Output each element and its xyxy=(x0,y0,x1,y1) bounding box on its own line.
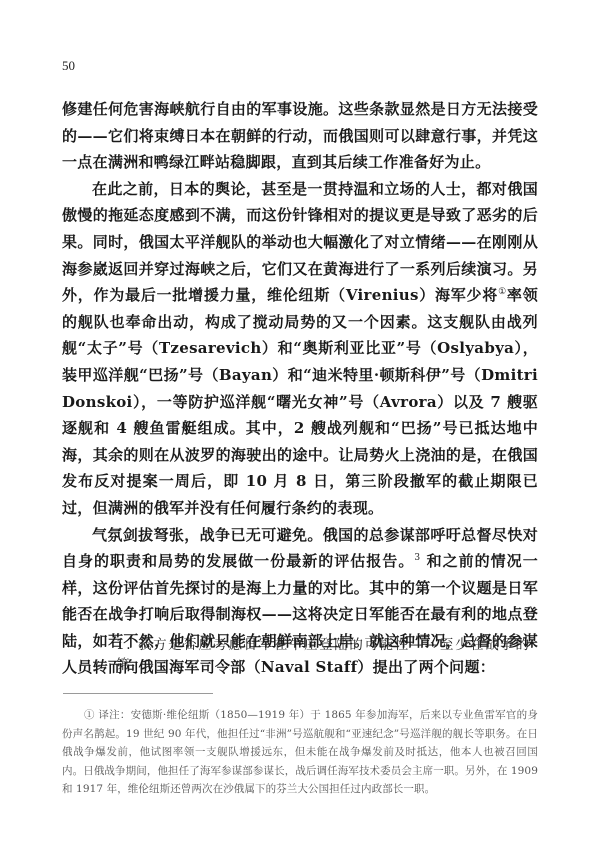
paragraph-1: 修建任何危害海峡航行自由的军事设施。这些条款显然是日方无法接受的——它们将束缚日… xyxy=(62,96,538,176)
footnote-reference[interactable]: ① xyxy=(498,287,507,297)
footnote-text: 译注：安德斯·维伦纽斯（1850—1919 年）于 1865 年参加海军，后来以… xyxy=(62,709,538,795)
paragraph-2-text-a: 在此之前，日本的舆论，甚至是一贯持温和立场的人士，都对俄国傲慢的拖延态度感到不满… xyxy=(62,180,538,304)
paragraph-2: 在此之前，日本的舆论，甚至是一贯持温和立场的人士，都对俄国傲慢的拖延态度感到不满… xyxy=(62,176,538,522)
footnote-divider xyxy=(63,693,213,694)
footnote: ① 译注：安德斯·维伦纽斯（1850—1919 年）于 1865 年参加海军，后… xyxy=(62,706,538,799)
block-quote: 1. 我方是否应考虑日军在牛庄登陆的可能性——至少在战争的第 xyxy=(116,635,536,675)
paragraph-2-text-b: 率领的舰队也奉命出动，构成了搅动局势的又一个因素。这支舰队由战列舰“太子”号（T… xyxy=(62,286,538,517)
page-number: 50 xyxy=(62,58,75,74)
footnote-marker: ① xyxy=(84,709,95,721)
body-text: 修建任何危害海峡航行自由的军事设施。这些条款显然是日方无法接受的——它们将束缚日… xyxy=(62,96,538,681)
